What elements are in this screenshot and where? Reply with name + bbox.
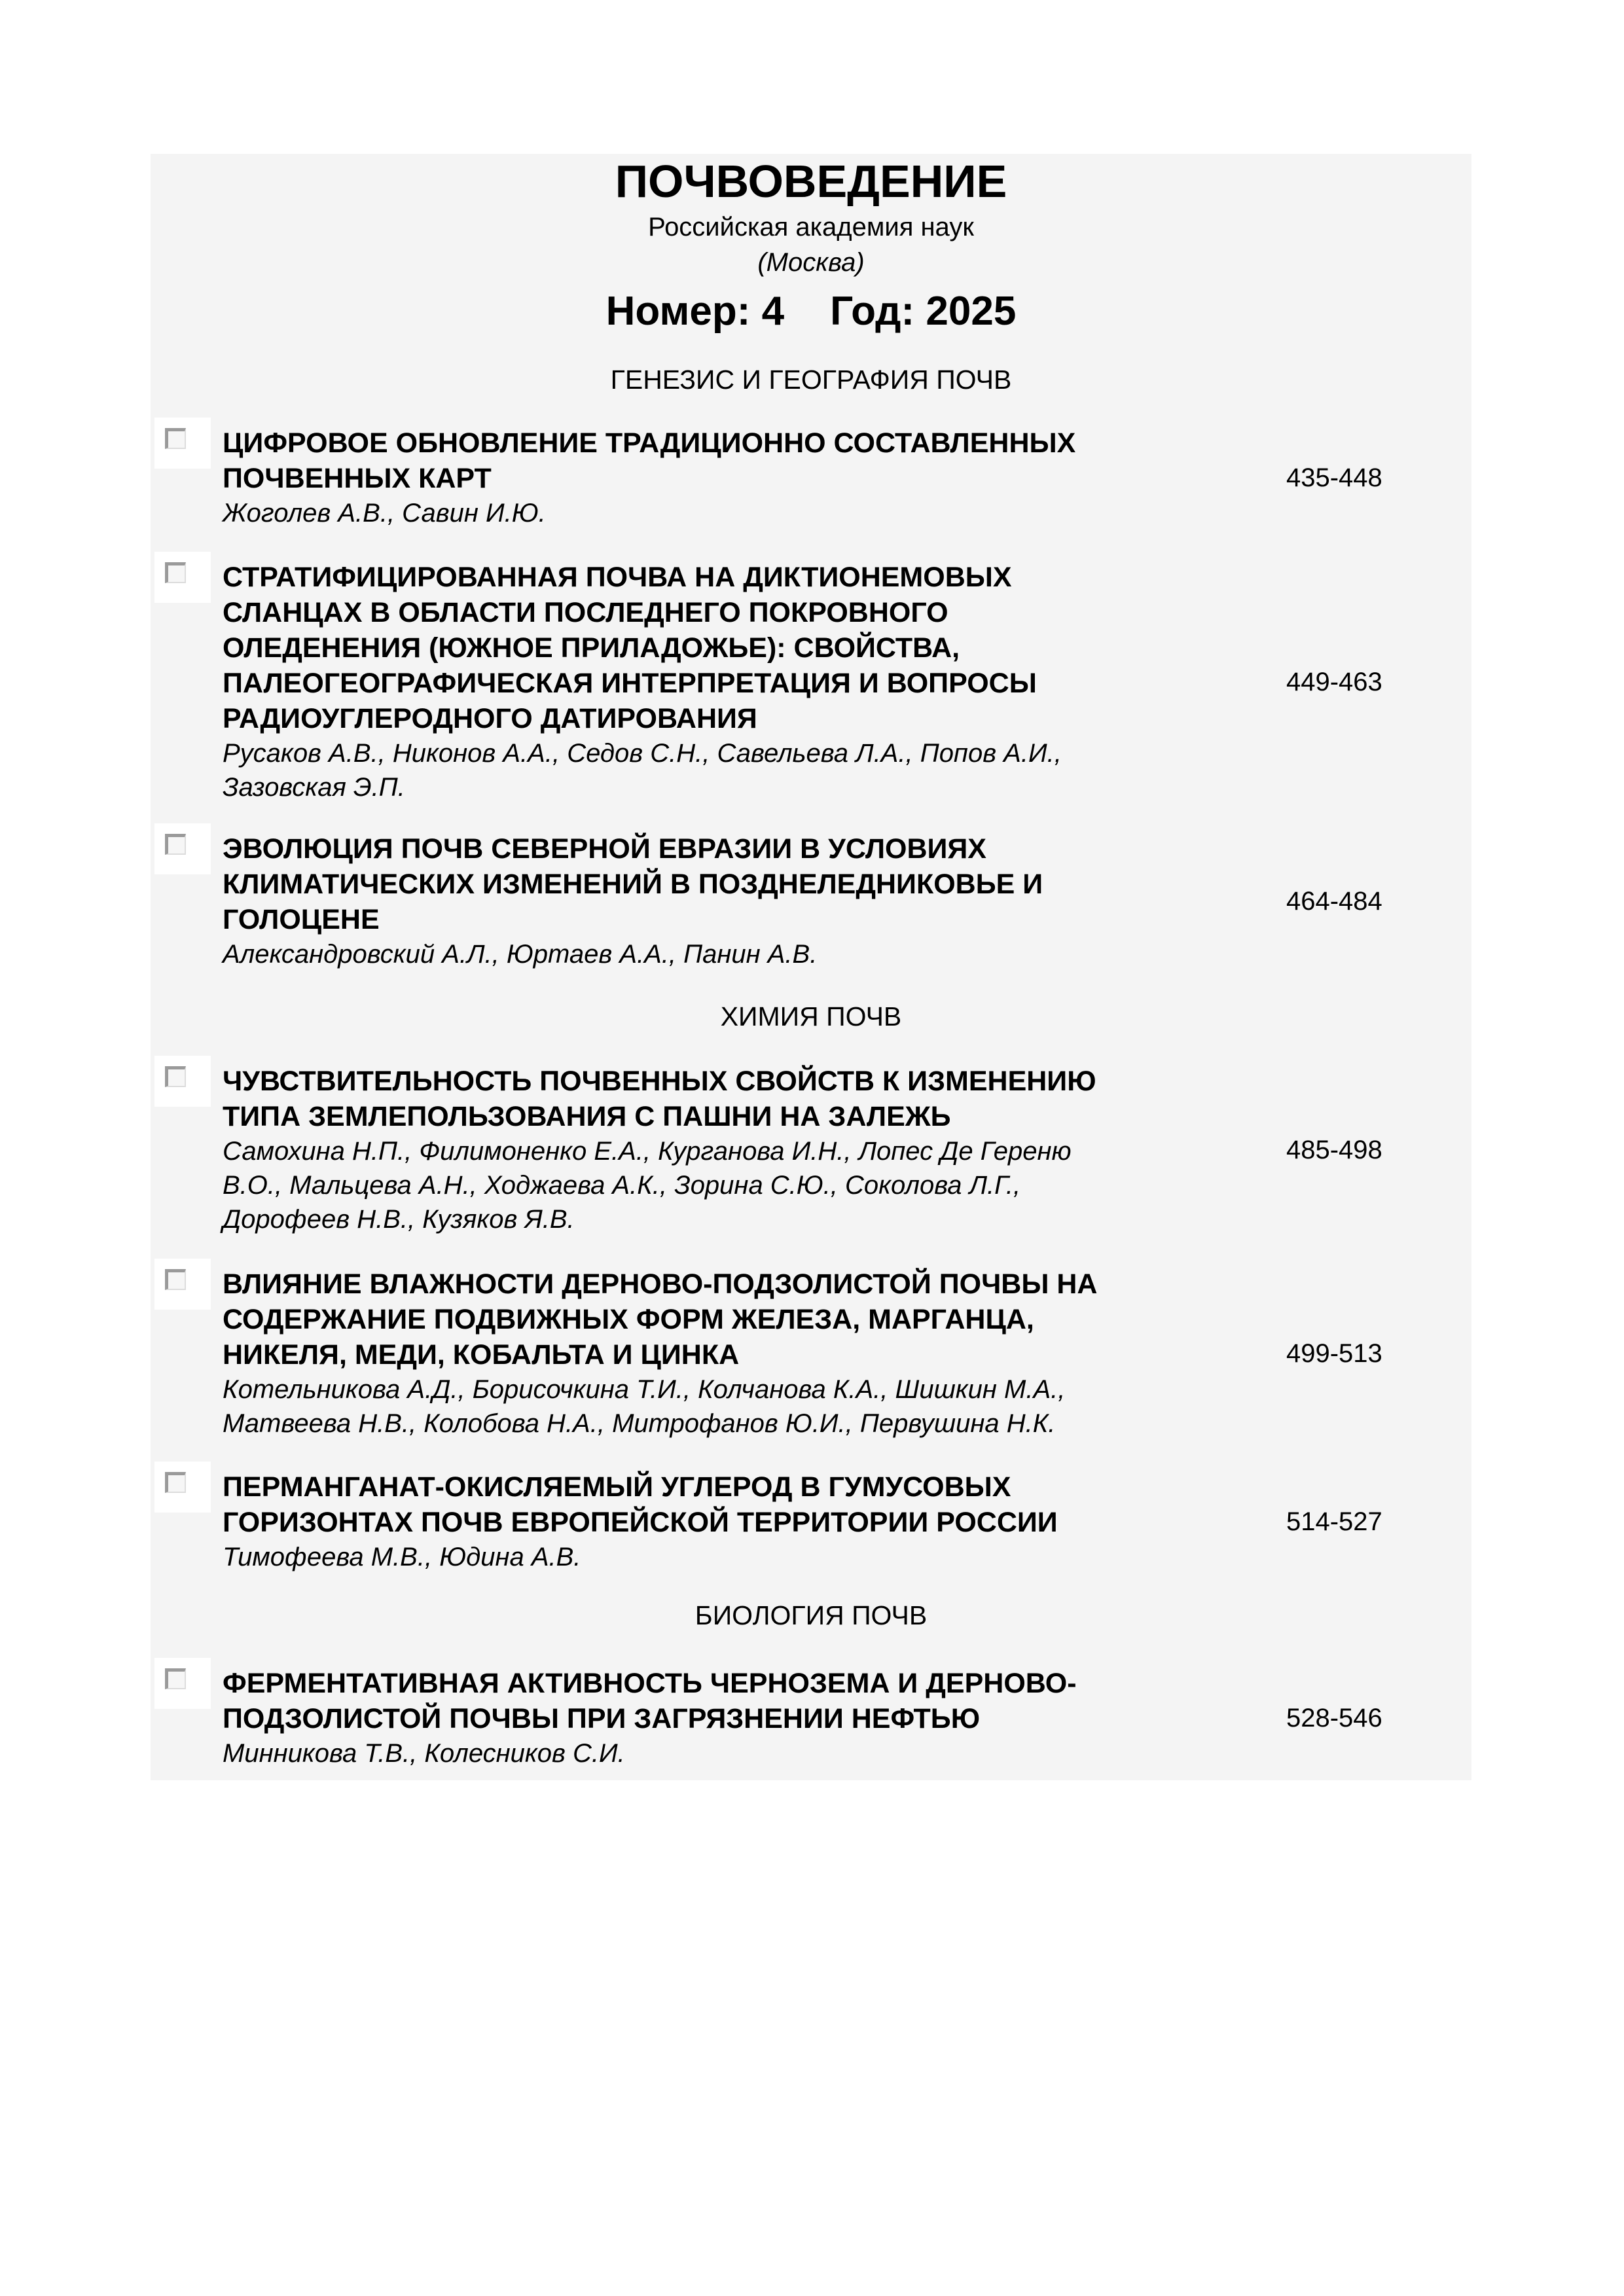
article-title-line: ПАЛЕОГЕОГРАФИЧЕСКАЯ ИНТЕРПРЕТАЦИЯ И ВОПР…	[223, 666, 1375, 701]
journal-city: (Москва)	[151, 246, 1471, 279]
checkbox-icon[interactable]	[165, 1668, 186, 1689]
article-authors-line: Минникова Т.В., Колесников С.И.	[223, 1736, 1375, 1770]
article-title-line: ЭВОЛЮЦИЯ ПОЧВ СЕВЕРНОЙ ЕВРАЗИИ В УСЛОВИЯ…	[223, 831, 1375, 867]
article-authors-line: В.О., Мальцева А.Н., Ходжаева А.К., Зори…	[223, 1168, 1375, 1202]
article-authors: Жоголев А.В., Савин И.Ю.	[223, 496, 1375, 530]
journal-title: ПОЧВОВЕДЕНИЕ	[151, 152, 1471, 211]
issue-number: Номер: 4	[606, 289, 784, 334]
issue-info: Номер: 4Год: 2025	[151, 285, 1471, 338]
journal-publisher: Российская академия наук	[151, 211, 1471, 243]
article-title-line: РАДИОУГЛЕРОДНОГО ДАТИРОВАНИЯ	[223, 701, 1375, 736]
article-title[interactable]: ПЕРМАНГАНАТ-ОКИСЛЯЕМЫЙ УГЛЕРОД В ГУМУСОВ…	[223, 1469, 1375, 1540]
article-authors: Александровский А.Л., Юртаев А.А., Панин…	[223, 937, 1375, 971]
article-title-line: ТИПА ЗЕМЛЕПОЛЬЗОВАНИЯ С ПАШНИ НА ЗАЛЕЖЬ	[223, 1099, 1375, 1134]
article-authors-line: Александровский А.Л., Юртаев А.А., Панин…	[223, 937, 1375, 971]
article-title-line: СТРАТИФИЦИРОВАННАЯ ПОЧВА НА ДИКТИОНЕМОВЫ…	[223, 560, 1375, 595]
checkbox-cell	[154, 552, 211, 603]
checkbox-icon[interactable]	[165, 562, 186, 583]
article-authors-line: Котельникова А.Д., Борисочкина Т.И., Кол…	[223, 1372, 1375, 1407]
article-title-line: ГОЛОЦЕНЕ	[223, 902, 1375, 937]
checkbox-cell	[154, 1259, 211, 1310]
checkbox-icon[interactable]	[165, 1472, 186, 1493]
article-title-line: НИКЕЛЯ, МЕДИ, КОБАЛЬТА И ЦИНКА	[223, 1337, 1375, 1372]
article-authors: Тимофеева М.В., Юдина А.В.	[223, 1540, 1375, 1574]
article-title-line: ГОРИЗОНТАХ ПОЧВ ЕВРОПЕЙСКОЙ ТЕРРИТОРИИ Р…	[223, 1505, 1375, 1540]
article-title-line: ОЛЕДЕНЕНИЯ (ЮЖНОЕ ПРИЛАДОЖЬЕ): СВОЙСТВА,	[223, 630, 1375, 666]
article-pages: 464-484	[1286, 885, 1382, 918]
article-info: СТРАТИФИЦИРОВАННАЯ ПОЧВА НА ДИКТИОНЕМОВЫ…	[223, 560, 1375, 804]
article-title-line: ЦИФРОВОЕ ОБНОВЛЕНИЕ ТРАДИЦИОННО СОСТАВЛЕ…	[223, 425, 1375, 461]
article-pages: 435-448	[1286, 461, 1382, 494]
issue-year: Год: 2025	[830, 289, 1016, 334]
article-title-line: ПОЧВЕННЫХ КАРТ	[223, 461, 1375, 496]
article-authors: Самохина Н.П., Филимоненко Е.А., Кургано…	[223, 1134, 1375, 1236]
section-heading: БИОЛОГИЯ ПОЧВ	[151, 1599, 1471, 1632]
section-heading: ГЕНЕЗИС И ГЕОГРАФИЯ ПОЧВ	[151, 363, 1471, 396]
article-info: ЧУВСТВИТЕЛЬНОСТЬ ПОЧВЕННЫХ СВОЙСТВ К ИЗМ…	[223, 1064, 1375, 1236]
article-authors-line: Тимофеева М.В., Юдина А.В.	[223, 1540, 1375, 1574]
checkbox-cell	[154, 1056, 211, 1107]
article-title-line: ВЛИЯНИЕ ВЛАЖНОСТИ ДЕРНОВО-ПОДЗОЛИСТОЙ ПО…	[223, 1266, 1375, 1302]
article-authors-line: Матвеева Н.В., Колобова Н.А., Митрофанов…	[223, 1407, 1375, 1441]
checkbox-cell	[154, 418, 211, 469]
article-authors-line: Зазовская Э.П.	[223, 770, 1375, 804]
article-pages: 485-498	[1286, 1134, 1382, 1166]
article-authors-line: Русаков А.В., Никонов А.А., Седов С.Н., …	[223, 736, 1375, 770]
article-info: ВЛИЯНИЕ ВЛАЖНОСТИ ДЕРНОВО-ПОДЗОЛИСТОЙ ПО…	[223, 1266, 1375, 1441]
article-authors-line: Дорофеев Н.В., Кузяков Я.В.	[223, 1202, 1375, 1236]
article-title[interactable]: ЧУВСТВИТЕЛЬНОСТЬ ПОЧВЕННЫХ СВОЙСТВ К ИЗМ…	[223, 1064, 1375, 1134]
article-info: ФЕРМЕНТАТИВНАЯ АКТИВНОСТЬ ЧЕРНОЗЕМА И ДЕ…	[223, 1666, 1375, 1770]
article-authors: Минникова Т.В., Колесников С.И.	[223, 1736, 1375, 1770]
checkbox-cell	[154, 1658, 211, 1709]
article-title-line: СЛАНЦАХ В ОБЛАСТИ ПОСЛЕДНЕГО ПОКРОВНОГО	[223, 595, 1375, 630]
article-title-line: ЧУВСТВИТЕЛЬНОСТЬ ПОЧВЕННЫХ СВОЙСТВ К ИЗМ…	[223, 1064, 1375, 1099]
checkbox-icon[interactable]	[165, 428, 186, 449]
checkbox-cell	[154, 823, 211, 874]
article-title[interactable]: ВЛИЯНИЕ ВЛАЖНОСТИ ДЕРНОВО-ПОДЗОЛИСТОЙ ПО…	[223, 1266, 1375, 1372]
checkbox-icon[interactable]	[165, 1066, 186, 1087]
article-authors-line: Самохина Н.П., Филимоненко Е.А., Кургано…	[223, 1134, 1375, 1168]
checkbox-icon[interactable]	[165, 834, 186, 855]
checkbox-cell	[154, 1462, 211, 1513]
article-pages: 528-546	[1286, 1702, 1382, 1734]
article-title-line: ФЕРМЕНТАТИВНАЯ АКТИВНОСТЬ ЧЕРНОЗЕМА И ДЕ…	[223, 1666, 1375, 1701]
article-title[interactable]: ЦИФРОВОЕ ОБНОВЛЕНИЕ ТРАДИЦИОННО СОСТАВЛЕ…	[223, 425, 1375, 496]
article-info: ПЕРМАНГАНАТ-ОКИСЛЯЕМЫЙ УГЛЕРОД В ГУМУСОВ…	[223, 1469, 1375, 1574]
article-authors: Русаков А.В., Никонов А.А., Седов С.Н., …	[223, 736, 1375, 804]
article-pages: 449-463	[1286, 666, 1382, 698]
article-title[interactable]: ФЕРМЕНТАТИВНАЯ АКТИВНОСТЬ ЧЕРНОЗЕМА И ДЕ…	[223, 1666, 1375, 1736]
section-heading: ХИМИЯ ПОЧВ	[151, 1000, 1471, 1033]
checkbox-icon[interactable]	[165, 1269, 186, 1290]
article-pages: 514-527	[1286, 1505, 1382, 1538]
article-title[interactable]: ЭВОЛЮЦИЯ ПОЧВ СЕВЕРНОЙ ЕВРАЗИИ В УСЛОВИЯ…	[223, 831, 1375, 937]
article-title-line: ПОДЗОЛИСТОЙ ПОЧВЫ ПРИ ЗАГРЯЗНЕНИИ НЕФТЬЮ	[223, 1701, 1375, 1736]
article-authors: Котельникова А.Д., Борисочкина Т.И., Кол…	[223, 1372, 1375, 1441]
article-info: ЦИФРОВОЕ ОБНОВЛЕНИЕ ТРАДИЦИОННО СОСТАВЛЕ…	[223, 425, 1375, 530]
article-pages: 499-513	[1286, 1337, 1382, 1370]
article-title-line: СОДЕРЖАНИЕ ПОДВИЖНЫХ ФОРМ ЖЕЛЕЗА, МАРГАН…	[223, 1302, 1375, 1337]
article-authors-line: Жоголев А.В., Савин И.Ю.	[223, 496, 1375, 530]
article-info: ЭВОЛЮЦИЯ ПОЧВ СЕВЕРНОЙ ЕВРАЗИИ В УСЛОВИЯ…	[223, 831, 1375, 971]
article-title-line: КЛИМАТИЧЕСКИХ ИЗМЕНЕНИЙ В ПОЗДНЕЛЕДНИКОВ…	[223, 867, 1375, 902]
article-title-line: ПЕРМАНГАНАТ-ОКИСЛЯЕМЫЙ УГЛЕРОД В ГУМУСОВ…	[223, 1469, 1375, 1505]
article-title[interactable]: СТРАТИФИЦИРОВАННАЯ ПОЧВА НА ДИКТИОНЕМОВЫ…	[223, 560, 1375, 736]
